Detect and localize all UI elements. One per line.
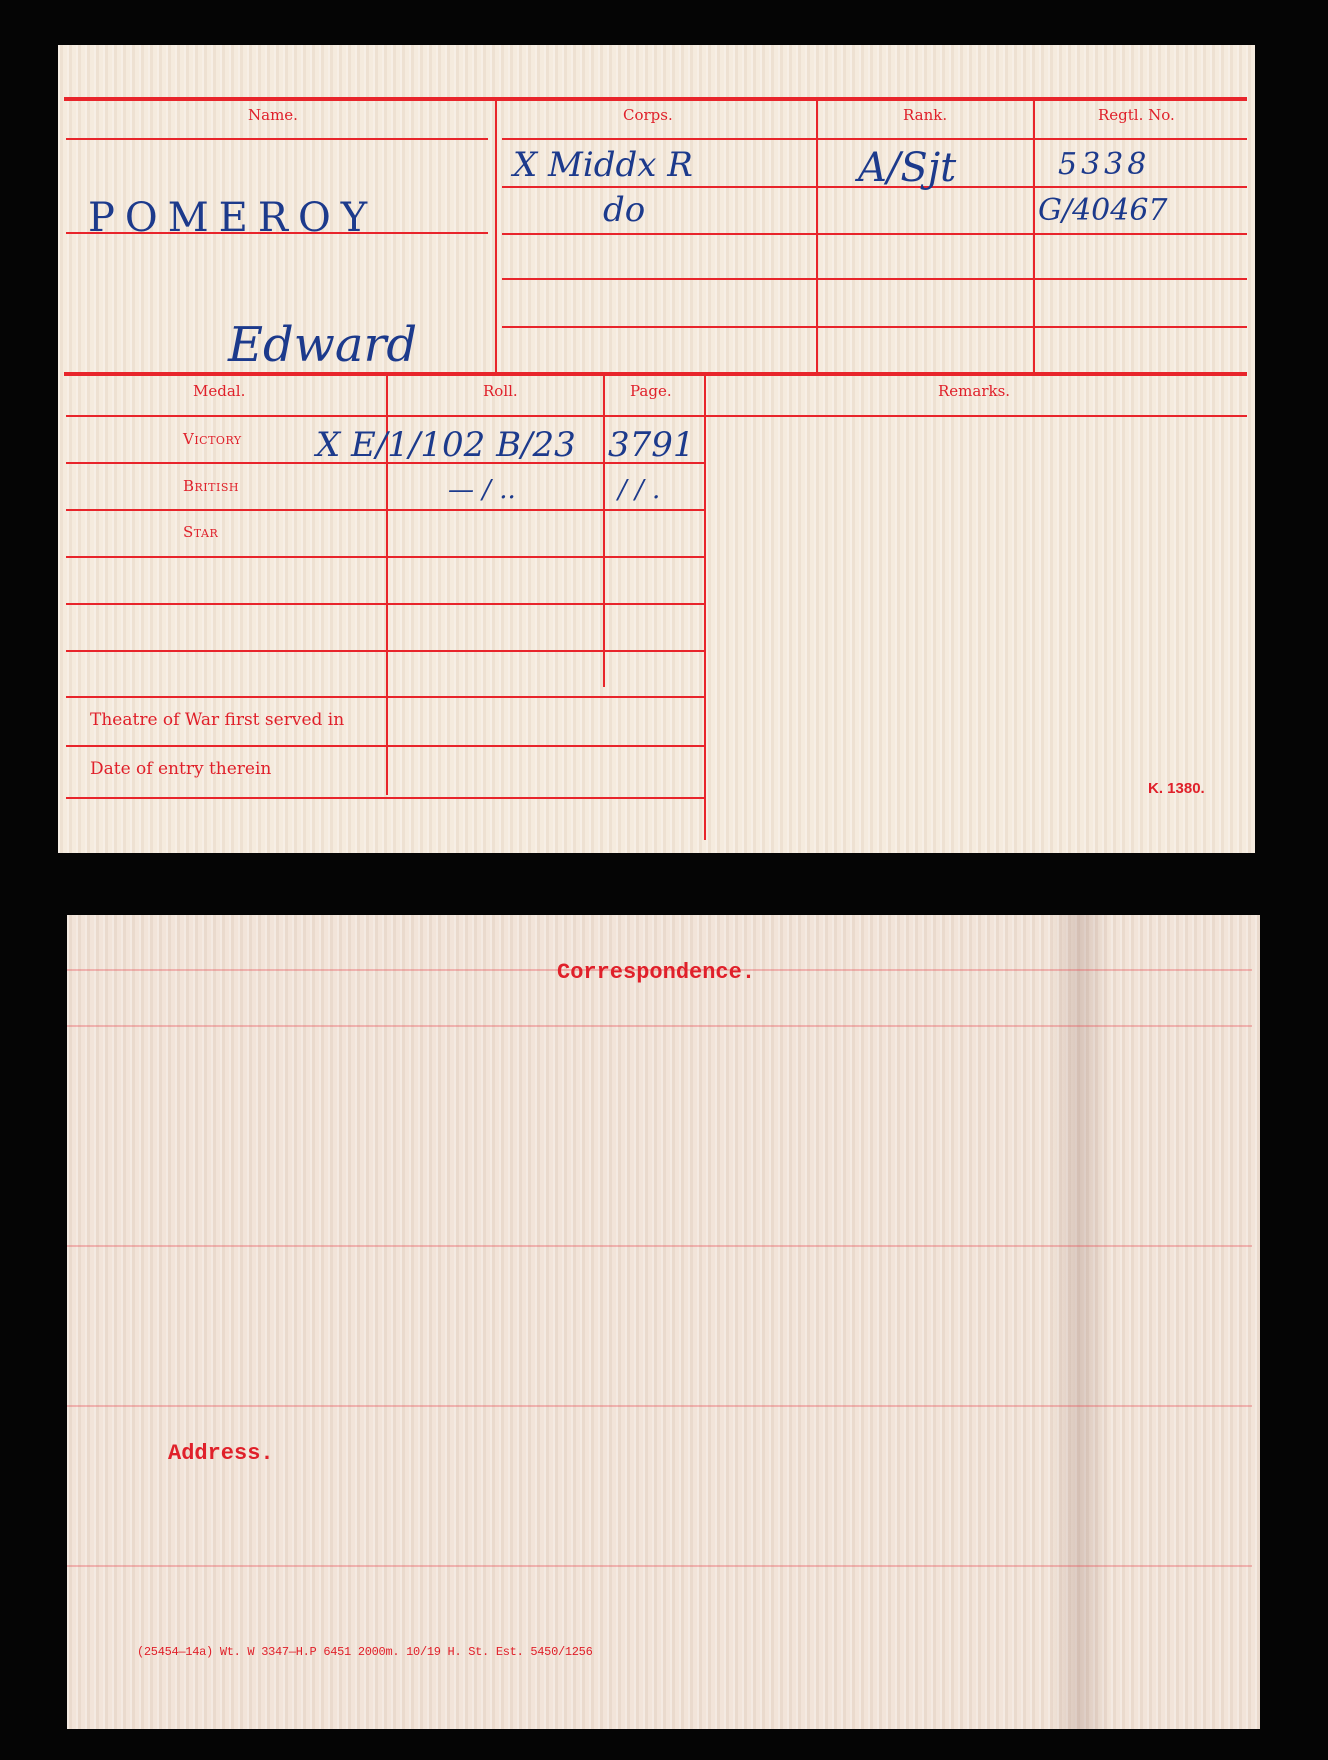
page-entry: 3791 bbox=[608, 425, 695, 465]
regtl-no-entry-1: 5338 bbox=[1058, 147, 1150, 182]
header-page: Page. bbox=[630, 382, 672, 400]
header-corps: Corps. bbox=[623, 106, 673, 124]
divider-page-remarks bbox=[704, 375, 706, 840]
rule bbox=[502, 233, 1247, 235]
medal-victory: Victory bbox=[183, 430, 242, 448]
rule bbox=[66, 650, 706, 652]
rule bbox=[502, 326, 1247, 328]
print-footer: (25454—14a) Wt. W 3347—H.P 6451 2000m. 1… bbox=[137, 1645, 592, 1659]
medal-index-card-front: Name. Corps. Rank. Regtl. No. POMEROY Ed… bbox=[58, 45, 1255, 853]
rule bbox=[502, 278, 1247, 280]
address-label: Address. bbox=[168, 1441, 274, 1466]
medal-star: Star bbox=[183, 523, 218, 541]
header-regtl-no: Regtl. No. bbox=[1098, 106, 1175, 124]
rule bbox=[66, 415, 1247, 417]
header-name: Name. bbox=[248, 106, 298, 124]
surname-entry: POMEROY bbox=[88, 195, 377, 241]
forename-entry: Edward bbox=[228, 317, 417, 373]
rule bbox=[66, 509, 706, 511]
rank-entry: A/Sjt bbox=[858, 145, 956, 191]
header-medal: Medal. bbox=[193, 382, 245, 400]
header-remarks: Remarks. bbox=[938, 382, 1010, 400]
divider-rank-regtl bbox=[1033, 100, 1035, 372]
top-rule bbox=[64, 97, 1247, 101]
faint-rule bbox=[67, 1025, 1252, 1027]
faint-rule bbox=[67, 1405, 1252, 1407]
regtl-no-entry-2: G/40467 bbox=[1038, 193, 1168, 228]
rule bbox=[66, 696, 706, 698]
rule bbox=[66, 745, 706, 747]
medal-british: British bbox=[183, 477, 239, 495]
rule bbox=[502, 138, 1247, 140]
faint-rule bbox=[67, 1565, 1252, 1567]
divider-corps-rank bbox=[816, 100, 818, 372]
fold-shadow bbox=[1050, 915, 1110, 1729]
header-roll: Roll. bbox=[483, 382, 518, 400]
roll-ditto: — / .. bbox=[448, 475, 516, 505]
roll-entry: X E/1/102 B/23 bbox=[316, 425, 576, 465]
header-rank: Rank. bbox=[903, 106, 947, 124]
page-ditto: / / . bbox=[618, 475, 660, 505]
correspondence-title: Correspondence. bbox=[557, 960, 755, 985]
rule bbox=[66, 138, 488, 140]
medal-index-card-back: Correspondence. Address. (25454—14a) Wt.… bbox=[67, 915, 1260, 1729]
rule bbox=[66, 603, 706, 605]
divider-name-corps bbox=[495, 100, 497, 372]
middle-rule bbox=[64, 372, 1247, 376]
corps-entry-2: do bbox=[603, 190, 645, 230]
rule bbox=[66, 556, 706, 558]
form-number: K. 1380. bbox=[1148, 780, 1205, 797]
rule bbox=[66, 797, 706, 799]
corps-entry-1: X Middx R bbox=[513, 145, 693, 185]
faint-rule bbox=[67, 1245, 1252, 1247]
theatre-label: Theatre of War first served in bbox=[90, 710, 344, 730]
date-entry-label: Date of entry therein bbox=[90, 759, 271, 779]
divider-roll-page bbox=[603, 375, 605, 687]
